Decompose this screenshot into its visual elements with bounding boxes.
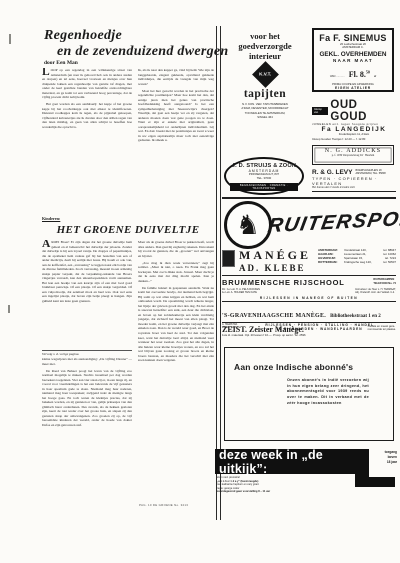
ad-levy-addr: BOERHAAVEPLEIN 18 AMSTERDAM, TEL. 55808	[355, 169, 385, 175]
price-prefix: VAN ...........	[330, 74, 345, 78]
ad-sinemus-price-line: VAN ........... Fl. 8.50 af	[314, 64, 392, 82]
ad-haagsche-name: 'S-GRAVENHAAGSCHE MANÈGE.	[222, 313, 326, 319]
price-value: Fl. 8.50	[349, 70, 370, 79]
ad-zeist-right2: nommeerde ter plaatse.	[368, 328, 396, 331]
paragraph: Moet het hier gezocht worden in het prac…	[138, 89, 214, 143]
uitkijk-programme: 2e in ned. première! „a n n h o l i d a …	[217, 476, 337, 494]
ad-brummen-right2: TELEFOON No. 74	[373, 282, 396, 286]
ad-sinemus-foot2: EIGEN ATELIER	[314, 86, 392, 90]
article-column: Maar als de groene duivel Broer te pakke…	[138, 240, 214, 498]
ad-kvt-small2: A'DAM, DEVENTER, MOORDRECHT	[224, 107, 306, 110]
horse-glyph: ♞	[236, 210, 260, 241]
continued-note: Vervolg v. d. vorige pagina.	[42, 350, 132, 356]
ad-brummen-right: RUITERKAMPEN TELEFOON No. 74	[373, 278, 396, 286]
scan-artifact	[8, 305, 10, 313]
ad-struijs-ribbon: BEGRAFENISSEN · CREMATIE · TRANSPORTEN	[230, 183, 298, 191]
paragraph: Maar als de groene duivel Broer te pakke…	[138, 240, 214, 258]
telephone: tel. 50507	[380, 261, 396, 265]
notice-indische-abonnes: Aan onze Indische abonné's Onzen abonné'…	[224, 347, 394, 441]
klebe-row: ROTTERDAM:Kralingsche weg 120,tel. 50507	[318, 261, 396, 265]
article-title-line1: Regenhoedje	[44, 28, 122, 44]
ad-zeist-right: Oudste en meest gere- nommeerde ter plaa…	[368, 325, 396, 332]
paragraph: ROEI Broer! Er zijn dagen dat het groene…	[42, 240, 132, 303]
price-sup: 50	[366, 69, 370, 74]
horse-logo-icon: ♞	[224, 201, 272, 249]
age-line3: 18 jaar	[373, 460, 397, 465]
article-column: LOOP op een regendag in een willekeurige…	[42, 68, 132, 212]
section-kicker: Kinderen:	[42, 216, 60, 221]
ad-brummen-name: BRUMMENSCHE RIJSCHOOL	[222, 278, 345, 287]
ad-klebe-name1: MANÉGE	[239, 248, 311, 263]
paragraph: De familie luistert in gespannen aandach…	[138, 286, 214, 363]
ad-kvt-product: tapijten	[224, 88, 306, 100]
ad-separator-rule	[222, 275, 396, 276]
city: ROTTERDAM:	[318, 261, 344, 265]
kvt-logo-text: K.V.T.	[259, 72, 271, 77]
column-divider	[216, 26, 221, 520]
ad-brummen-left2: 1e Luit. A. HOLDER TEN KATE	[222, 291, 260, 294]
address: Kralingsche weg 120,	[344, 261, 380, 265]
ad-brummen-foot: RIJLESSEN IN MANEGE OF BUITEN	[222, 296, 396, 300]
ad-levy: R. & G. LEVY BOERHAAVEPLEIN 18 AMSTERDAM…	[312, 169, 396, 192]
newspaper-page: Regenhoedje en de zevenduizend dwergen d…	[0, 0, 400, 563]
ad-klebe-name2: AD. KLEBE	[239, 263, 311, 273]
article-column: AROEI Broer! Er zijn dagen dat het groen…	[42, 240, 132, 346]
ad-separator-rule	[222, 197, 396, 199]
ad-haagsche-addr: Bibliotheekstraat 1 en 2	[330, 314, 381, 319]
drop-cap: A	[42, 240, 50, 249]
ad-levy-line2: Het bureau dat U steeds tevreden stelt	[312, 186, 396, 189]
scan-artifact	[9, 34, 11, 44]
ad-addicks: N. G. ADDICKS p. f. 1939 Verspronckweg 9…	[312, 145, 394, 165]
byline: door Een Man	[44, 60, 78, 66]
article-column: Ik, als ik naar den kapper ga, vind bij …	[138, 68, 214, 212]
ad-oudgoud-tab: Inkoop van	[312, 107, 328, 115]
article-title: HET GROENE DUIVELTJE	[42, 224, 214, 236]
drop-cap: L	[42, 68, 50, 77]
kvt-logo-icon: K.V.T.	[252, 61, 279, 88]
paragraph: kleine wegwijzers niet als aankondiging:…	[42, 357, 132, 366]
ad-brummen-left: Dir.: 1e Luit. H. A. PELS RIJCKEN 1e Lui…	[222, 288, 260, 294]
ad-brummen-mid: Instructeur: de Heer L. H. TERMAAT, Adj.…	[355, 288, 396, 294]
paragraph: „Zoo mag ik dien week verwennen,” zegt h…	[138, 261, 214, 284]
page-footer: PAG. 10 DE GROENE No. 3213	[139, 503, 188, 507]
price-suffix: af	[374, 74, 376, 78]
paragraph: Ik, als ik naar den kapper ga, vind bij …	[138, 68, 214, 86]
ad-sinemus-addr2: AMSTERDAM C.	[314, 46, 392, 49]
article-title-line2: en de zevenduizend dwergen	[57, 44, 229, 60]
ad-zeist-line: 1ste kl. materiaal. Opl. 20 lessen f 10.…	[222, 334, 396, 337]
programme-line: zaterdagavond geen voorstelling 8 – 11 u…	[217, 490, 337, 494]
ad-ruitersport: ♞ RUITERSPORT	[222, 200, 396, 246]
klebe-crest-icon	[222, 250, 235, 267]
ad-struijs: J. D. STRUIJS & ZOON AMSTERDAM PRINSENGR…	[224, 157, 304, 195]
ad-sinemus-prod2: NAAR MAAT	[314, 58, 392, 63]
ad-struijs-tel: TEL. 37000	[226, 177, 302, 180]
price-main: Fl. 8.	[349, 70, 366, 79]
ad-ruitersport-title: RUITERSPORT	[266, 207, 400, 238]
ad-kvt-tapijten: voor het goedverzorgde interieur K.V.T. …	[224, 32, 306, 119]
paragraph: OOP op een regendag in een willekeurige …	[42, 68, 132, 99]
ad-oudgoud: Inkoop van OUD GOUD JUWEELEN enz. tegen …	[312, 99, 396, 141]
ad-oudgoud-title: OUD GOUD	[330, 99, 396, 123]
ad-addicks-line: p. f. 1939 Verspronckweg 94 · Haarlem	[313, 154, 393, 157]
ad-uitkijk: deze week in „de uitkijk”: toegang boven…	[215, 449, 398, 491]
ad-oudgoud-line3: Inkoop Gouden Tientjes f. 12.20 — f. 12.…	[312, 138, 396, 141]
ad-levy-line1: TYPEN · COPIEËREN · VERTALEN	[312, 176, 396, 186]
ad-brummen-mid2: Adj. Onderoff. instr. der Veldart. b.d.	[355, 291, 396, 294]
uitkijk-age-notice: toegang boven 18 jaar	[373, 450, 397, 464]
paragraph: De Raad van Beheer poogt het leven van d…	[42, 369, 132, 428]
ad-zeist: ZEIST. Zeister Manège. Oudste en meest g…	[222, 325, 396, 337]
ad-separator-rule	[222, 322, 396, 323]
ad-separator-rule	[222, 301, 396, 302]
ad-klebe-table: AMSTERDAM:Vondelstraat 140,tel. 88947 HA…	[318, 249, 396, 265]
notice-title: Aan onze Indische abonné's	[234, 362, 353, 372]
ad-kvt-small4: SINGEL 464	[224, 116, 306, 119]
ad-klebe-names: MANÉGE AD. KLEBE	[239, 248, 311, 273]
ad-sinemus-prod1: GEKL. OVERHEMDEN	[314, 51, 392, 58]
ad-levy-addr2: AMSTERDAM, TEL. 55808	[355, 172, 385, 175]
ad-uitkijk-title: deze week in „de uitkijk”:	[215, 449, 359, 474]
paragraph: Het gaat worden als een aanhitserij: het…	[42, 102, 132, 129]
ad-sinemus: Fa F. SINEMUS 20 Leidschestraat 20 AMSTE…	[312, 28, 394, 92]
uitkijk-l-shape-foot	[355, 477, 395, 487]
notice-body: Onzen abonné's in Indië verzoeken wij in…	[287, 378, 369, 406]
ad-brummen: BRUMMENSCHE RIJSCHOOL RUITERKAMPEN TELEF…	[222, 278, 396, 300]
ad-levy-name: R. & G. LEVY	[312, 169, 352, 176]
article-column: kleine wegwijzers niet als aankondiging:…	[42, 357, 132, 497]
